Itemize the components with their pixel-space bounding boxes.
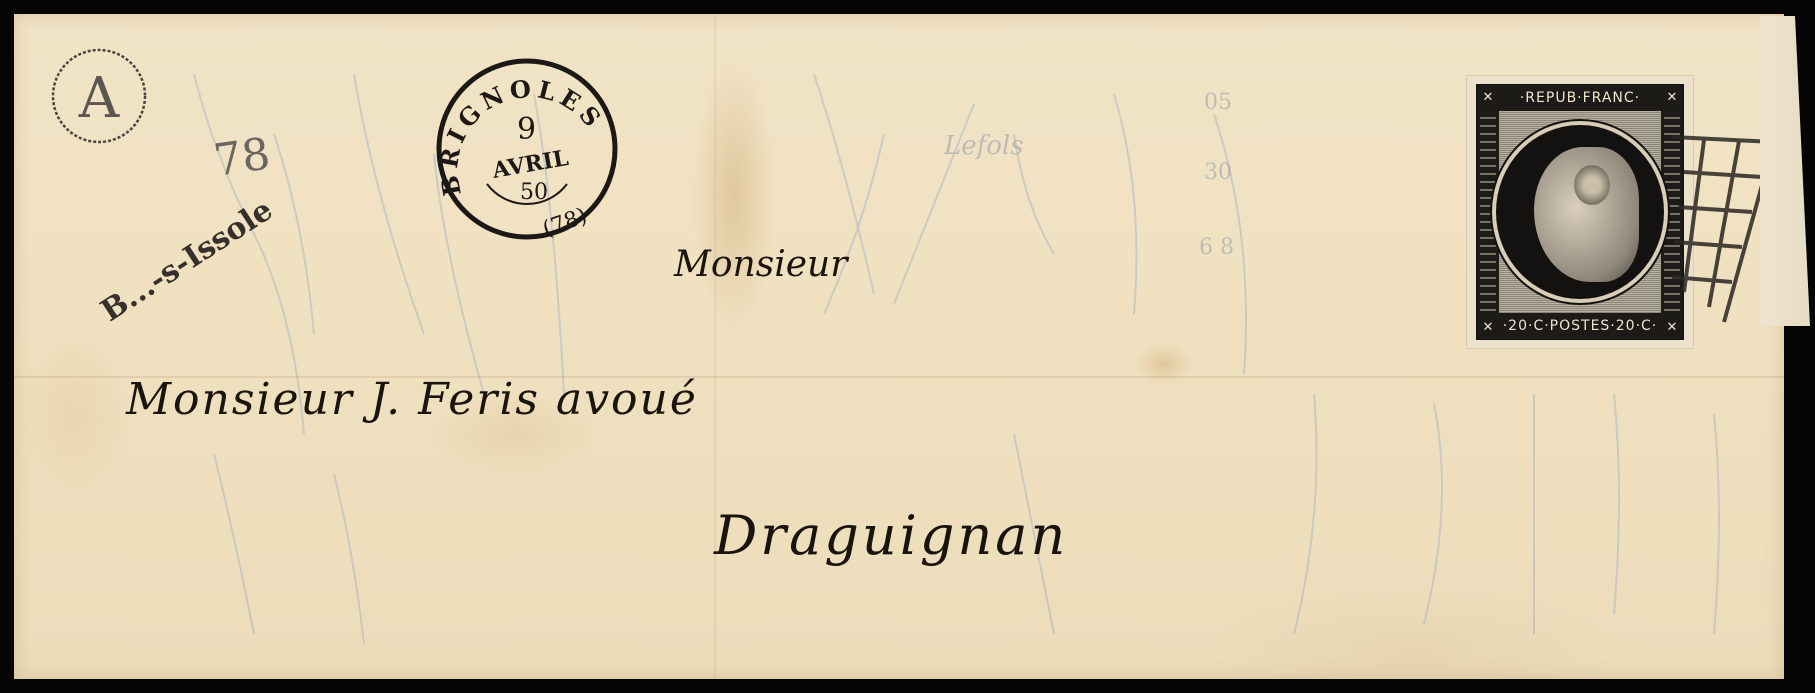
postal-cover: 05 30 6 8 Lefols A 78 B...-s-Issole BRIG… (14, 14, 1784, 679)
stamp-top-inscription: ·REPUB·FRANC· (1499, 88, 1661, 108)
greek-key-border (1480, 111, 1496, 313)
svg-text:6 8: 6 8 (1199, 235, 1234, 260)
ceres-stamp: ✕ ✕ ✕ ✕ ·REPUB·FRANC· ·20·C·POSTES·20·C· (1467, 76, 1693, 348)
circular-date-stamp: BRIGNOLES 9 AVRIL 50 (78) (432, 54, 622, 244)
svg-text:9: 9 (517, 112, 536, 147)
circle-a-stamp: A (39, 39, 159, 154)
svg-text:05: 05 (1204, 90, 1232, 115)
stamp-background-engraving (1499, 111, 1661, 313)
svg-text:(78): (78) (540, 204, 591, 243)
folded-flap-edge (1760, 16, 1810, 326)
svg-text:50: 50 (520, 180, 548, 205)
department-number: 78 (211, 128, 274, 186)
stamp-bottom-inscription: ·20·C·POSTES·20·C· (1499, 316, 1661, 336)
svg-text:AVRIL: AVRIL (489, 145, 570, 184)
svg-text:Lefols: Lefols (943, 131, 1024, 161)
svg-text:30: 30 (1204, 160, 1232, 185)
fold-line-vertical (714, 14, 716, 679)
corner-x-icon: ✕ (1479, 318, 1497, 336)
grapes-icon (1574, 165, 1610, 205)
svg-text:A: A (78, 66, 120, 131)
corner-x-icon: ✕ (1479, 88, 1497, 106)
salutation-text: Monsieur (674, 244, 847, 285)
destination-city: Draguignan (714, 504, 1068, 567)
ceres-medallion (1496, 125, 1664, 299)
addressee-line: Monsieur J. Feris avoué (126, 374, 698, 425)
corner-x-icon: ✕ (1663, 88, 1681, 106)
